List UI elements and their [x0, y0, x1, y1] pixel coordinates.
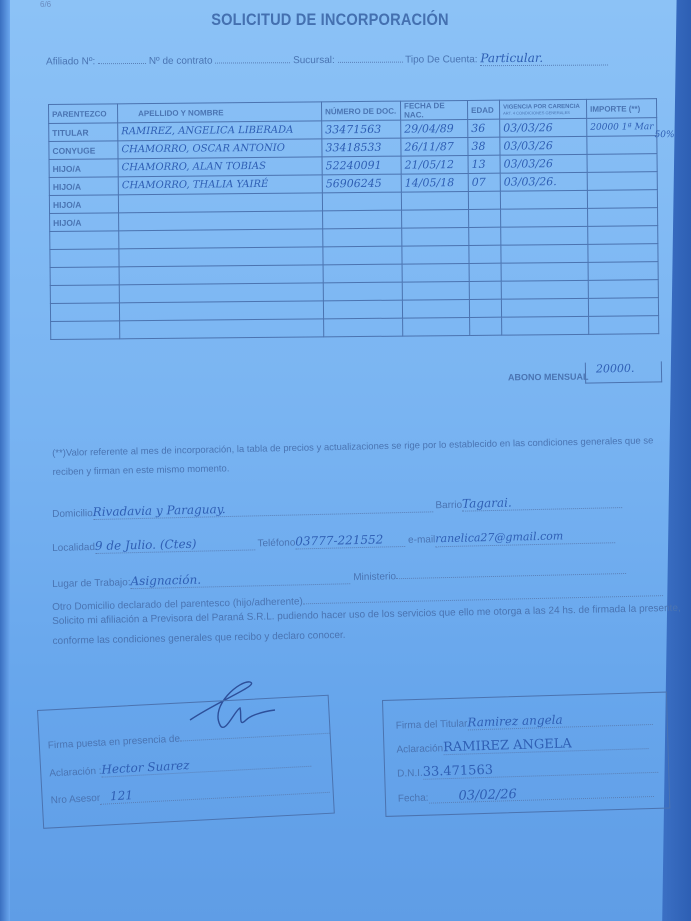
cell-doc[interactable] [323, 300, 402, 319]
cell-doc[interactable] [324, 318, 403, 337]
cell-nombre[interactable] [119, 229, 323, 249]
cell-importe[interactable] [588, 298, 658, 317]
cell-parentezco [51, 321, 120, 340]
ministerio-field[interactable] [396, 564, 626, 579]
cell-parentezco [50, 285, 119, 304]
cell-fecha-nac[interactable]: 21/05/12 [401, 155, 468, 174]
importe-note: 50% [655, 130, 675, 140]
cell-parentezco: TITULAR [49, 123, 118, 142]
cell-parentezco: HIJO/A [49, 159, 118, 178]
cell-vigencia[interactable]: 03/03/26. [500, 172, 587, 191]
cell-edad[interactable]: 38 [468, 137, 500, 155]
form-title: SOLICITUD DE INCORPORACIÓN [46, 10, 614, 30]
cell-edad[interactable]: 07 [468, 173, 500, 191]
advisor-firma-field[interactable] [180, 724, 330, 742]
cell-edad[interactable] [469, 245, 501, 263]
cell-fecha-nac[interactable] [402, 245, 469, 264]
localidad-row: Localidad9 de Julio. (Ctes) Teléfono0377… [52, 527, 615, 556]
abono-mensual-text: 20000. [586, 362, 635, 376]
holder-firma-row: Firma del TitularRamirez angela [396, 710, 653, 733]
advisor-aclaracion-field[interactable]: Hector Suarez [101, 752, 311, 778]
cell-parentezco [50, 231, 119, 250]
holder-dni-label: D.N.I. [397, 768, 423, 780]
cell-doc[interactable] [323, 264, 402, 283]
cell-vigencia[interactable]: 03/03/26 [500, 154, 587, 173]
advisor-asesor-label: Nro Asesor [50, 793, 100, 807]
trabajo-row: Lugar de Trabajo:Asignación. Ministerio [52, 563, 626, 591]
cell-edad[interactable] [469, 281, 501, 299]
sucursal-label: Sucursal: [293, 55, 335, 66]
col-nombre: APELLIDO Y NOMBRE [118, 102, 322, 123]
advisor-box: Firma puesta en presencia de Aclaración … [37, 695, 335, 829]
cell-edad[interactable]: 36 [468, 119, 500, 137]
cell-vigencia[interactable] [500, 190, 587, 209]
members-table: PARENTEZCO APELLIDO Y NOMBRE NÚMERO DE D… [48, 98, 659, 340]
cell-doc[interactable] [323, 282, 402, 301]
cell-vigencia[interactable] [502, 316, 589, 335]
holder-fecha-label: Fecha: [398, 793, 429, 805]
barrio-field[interactable]: Tagarai. [462, 493, 622, 512]
holder-aclaracion-field[interactable]: RAMIREZ ANGELA [443, 734, 648, 755]
localidad-label: Localidad [52, 542, 95, 554]
cell-nombre[interactable] [119, 283, 323, 303]
col-importe: IMPORTE (**) [586, 99, 656, 119]
email-field[interactable]: ranelica27@gmail.com [435, 528, 615, 547]
email-label: e-mail [408, 534, 435, 546]
cell-parentezco: HIJO/A [50, 213, 119, 232]
cell-parentezco: HIJO/A [49, 195, 118, 214]
cell-edad[interactable] [469, 299, 501, 317]
cell-nombre[interactable]: CHAMORRO, ALAN TOBIAS [118, 157, 322, 177]
sucursal-field[interactable] [337, 53, 402, 63]
holder-fecha-row: Fecha:03/02/26 [398, 783, 654, 805]
cell-edad[interactable] [469, 209, 501, 227]
holder-firma-label: Firma del Titular [396, 718, 468, 731]
holder-aclaracion-label: Aclaración [396, 743, 443, 755]
cell-importe[interactable] [588, 262, 658, 281]
barrio-label: Barrio [435, 500, 462, 512]
cell-vigencia[interactable] [501, 262, 588, 281]
col-edad: EDAD [467, 100, 499, 119]
cell-vigencia[interactable] [501, 208, 588, 227]
holder-dni-row: D.N.I.33.471563 [397, 758, 658, 781]
cell-parentezco: HIJO/A [49, 177, 118, 196]
cell-nombre[interactable] [119, 301, 323, 321]
abono-mensual-value[interactable]: 20000. [585, 361, 662, 383]
advisor-aclaracion-row: Aclaración :Hector Suarez [49, 752, 312, 781]
cell-doc[interactable]: 52240091 [322, 156, 401, 175]
afiliado-field[interactable] [98, 54, 146, 64]
cell-nombre[interactable] [119, 211, 323, 231]
cell-fecha-nac[interactable] [401, 191, 468, 210]
cell-fecha-nac[interactable] [402, 281, 469, 300]
domicilio-row: DomicilioRivadavia y Paraguay. BarrioTag… [52, 493, 622, 521]
col-fecha-nac: FECHA DE NAC. [400, 100, 467, 120]
cell-parentezco [50, 267, 119, 286]
photo-left-edge [0, 0, 10, 921]
header-fields: Afiliado Nº: Nº de contrato Sucursal: Ti… [46, 51, 606, 69]
holder-fecha-field[interactable]: 03/02/26 [428, 783, 653, 804]
cell-importe[interactable] [588, 208, 658, 227]
cell-doc[interactable]: 33418533 [322, 138, 401, 157]
cell-fecha-nac[interactable] [403, 317, 470, 336]
cell-importe[interactable] [587, 190, 657, 209]
col-vigencia: VIGENCIA POR CARENCIA ART. 4 CONDICIONES… [499, 99, 586, 119]
pricing-note: (**)Valor referente al mes de incorporac… [52, 431, 673, 482]
cell-importe[interactable] [587, 172, 657, 191]
cell-edad[interactable] [470, 317, 502, 335]
advisor-firma-label: Firma puesta en presencia de [48, 734, 181, 752]
cell-vigencia[interactable] [501, 298, 588, 317]
cell-importe[interactable] [587, 154, 657, 173]
cell-doc[interactable] [323, 228, 402, 247]
holder-aclaracion-row: AclaraciónRAMIREZ ANGELA [396, 734, 648, 756]
cell-fecha-nac[interactable]: 14/05/18 [401, 173, 468, 192]
cell-doc[interactable] [322, 192, 401, 211]
advisor-asesor-row: Nro Asesor121 [50, 778, 330, 808]
tipo-cuenta-field[interactable]: Particular. [480, 51, 608, 67]
holder-dni-field[interactable]: 33.471563 [423, 758, 658, 780]
abono-mensual-label: ABONO MENSUAL [508, 372, 589, 383]
cell-doc[interactable] [323, 246, 402, 265]
contrato-field[interactable] [215, 53, 290, 63]
cell-vigencia[interactable]: 03/03/26 [500, 118, 587, 137]
cell-fecha-nac[interactable]: 26/11/87 [401, 137, 468, 156]
cell-fecha-nac[interactable] [402, 263, 469, 282]
contrato-label: Nº de contrato [149, 56, 213, 67]
localidad-field[interactable]: 9 de Julio. (Ctes) [95, 535, 255, 554]
cell-edad[interactable] [469, 227, 501, 245]
advisor-asesor-field[interactable]: 121 [100, 778, 330, 805]
cell-vigencia[interactable] [501, 244, 588, 263]
cell-importe[interactable] [587, 136, 657, 155]
cell-parentezco [50, 303, 119, 322]
trabajo-label: Lugar de Trabajo: [52, 577, 131, 590]
cell-parentezco: CONYUGE [49, 141, 118, 160]
cell-edad[interactable]: 13 [468, 155, 500, 173]
cell-doc[interactable]: 56906245 [322, 174, 401, 193]
cell-vigencia[interactable] [501, 280, 588, 299]
cell-nombre[interactable] [119, 265, 323, 285]
cell-fecha-nac[interactable] [402, 209, 469, 228]
col-parentezco: PARENTEZCO [49, 104, 118, 124]
cell-nombre[interactable] [120, 319, 324, 339]
telefono-label: Teléfono [257, 537, 295, 549]
afiliado-label: Afiliado Nº: [46, 56, 95, 67]
tipo-cuenta-label: Tipo De Cuenta: [405, 54, 478, 65]
page-number: 6/6 [40, 0, 51, 9]
domicilio-label: Domicilio [52, 508, 93, 520]
cell-importe[interactable] [589, 316, 659, 335]
cell-fecha-nac[interactable]: 29/04/89 [401, 119, 468, 138]
cell-nombre[interactable] [119, 247, 323, 267]
col-vigencia-sub: ART. 4 CONDICIONES GENERALES [503, 109, 583, 115]
cell-importe[interactable] [588, 280, 658, 299]
cell-doc[interactable]: 33471563 [322, 120, 401, 139]
cell-doc[interactable] [323, 210, 402, 229]
cell-parentezco [50, 249, 119, 268]
cell-fecha-nac[interactable] [402, 227, 469, 246]
holder-box: Firma del TitularRamirez angela Aclaraci… [382, 692, 670, 817]
cell-importe[interactable] [588, 226, 658, 245]
cell-importe[interactable]: 20000 1ª Mar50% [587, 118, 657, 137]
telefono-field[interactable]: 03777-221552 [295, 532, 405, 549]
advisor-firma-row: Firma puesta en presencia de [48, 724, 331, 752]
domicilio-field[interactable]: Rivadavia y Paraguay. [93, 497, 433, 520]
cell-nombre[interactable]: CHAMORRO, THALIA YAIRÉ [118, 175, 322, 195]
cell-edad[interactable] [469, 263, 501, 281]
cell-edad[interactable] [468, 191, 500, 209]
advisor-aclaracion-label: Aclaración : [49, 766, 102, 780]
holder-firma-field[interactable]: Ramirez angela [467, 710, 652, 730]
cell-importe[interactable] [588, 244, 658, 263]
cell-nombre[interactable] [118, 193, 322, 213]
cell-vigencia[interactable]: 03/03/26 [500, 136, 587, 155]
col-doc: NÚMERO DE DOC. [321, 101, 400, 121]
cell-nombre[interactable]: RAMIREZ, ANGELICA LIBERADA [118, 121, 322, 141]
cell-nombre[interactable]: CHAMORRO, OSCAR ANTONIO [118, 139, 322, 159]
cell-fecha-nac[interactable] [402, 299, 469, 318]
trabajo-field[interactable]: Asignación. [130, 569, 350, 589]
cell-vigencia[interactable] [501, 226, 588, 245]
ministerio-label: Ministerio [353, 571, 396, 583]
